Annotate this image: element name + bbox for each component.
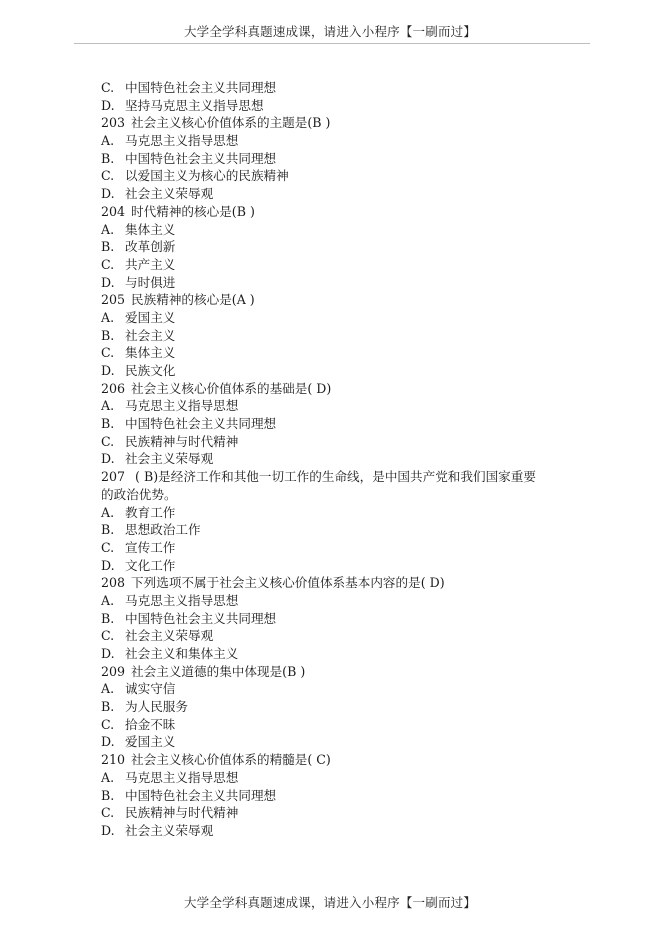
option-letter: A. (101, 769, 125, 787)
option-letter: D. (101, 362, 125, 380)
option-text: 宣传工作 (125, 540, 175, 555)
option-line: C.以爱国主义为核心的民族精神 (101, 167, 601, 185)
option-text: 社会主义荣辱观 (125, 451, 213, 466)
option-text: 马克思主义指导思想 (125, 133, 238, 148)
question-stem: 203社会主义核心价值体系的主题是(B ) (101, 114, 601, 132)
option-text: 诚实守信 (125, 681, 175, 696)
option-text: 以爱国主义为核心的民族精神 (125, 168, 289, 183)
option-line: B.为人民服务 (101, 698, 601, 716)
option-letter: B. (101, 238, 125, 256)
option-line: D.社会主义荣辱观 (101, 185, 601, 203)
question-text: 社会主义核心价值体系的基础是( D) (131, 381, 331, 396)
option-line: A.诚实守信 (101, 680, 601, 698)
question-stem-continuation: 的政治优势。 (101, 486, 601, 504)
option-text: 中国特色社会主义共同理想 (125, 151, 276, 166)
option-text: 拾金不昧 (125, 717, 175, 732)
option-letter: A. (101, 592, 125, 610)
option-letter: D. (101, 450, 125, 468)
option-letter: B. (101, 787, 125, 805)
option-letter: C. (101, 344, 125, 362)
option-text: 社会主义荣辱观 (125, 628, 213, 643)
option-line: A.马克思主义指导思想 (101, 592, 601, 610)
option-text: 中国特色社会主义共同理想 (125, 80, 276, 95)
question-number: 210 (101, 752, 125, 767)
option-text: 集体主义 (125, 345, 175, 360)
question-text: 时代精神的核心是(B ) (131, 204, 255, 219)
option-line: D.社会主义荣辱观 (101, 450, 601, 468)
question-stem: 208下列选项不属于社会主义核心价值体系基本内容的是( D) (101, 574, 601, 592)
option-line: A.马克思主义指导思想 (101, 769, 601, 787)
question-number: 203 (101, 115, 125, 130)
option-text: 社会主义 (125, 328, 175, 343)
option-text: 马克思主义指导思想 (125, 770, 238, 785)
option-letter: A. (101, 397, 125, 415)
option-letter: C. (101, 167, 125, 185)
question-text: 社会主义核心价值体系的主题是(B ) (131, 115, 330, 130)
option-text: 社会主义荣辱观 (125, 186, 213, 201)
option-line: C.民族精神与时代精神 (101, 804, 601, 822)
question-stem: 207 ( B)是经济工作和其他一切工作的生命线，是中国共产党和我们国家重要 (101, 468, 601, 486)
question-text: ( B)是经济工作和其他一切工作的生命线，是中国共产党和我们国家重要 (131, 469, 536, 484)
option-letter: D. (101, 97, 125, 115)
option-text: 中国特色社会主义共同理想 (125, 416, 276, 431)
option-text: 坚持马克思主义指导思想 (125, 98, 264, 113)
option-letter: B. (101, 698, 125, 716)
option-letter: D. (101, 645, 125, 663)
option-text: 集体主义 (125, 222, 175, 237)
question-stem: 209社会主义道德的集中体现是(B ) (101, 663, 601, 681)
option-text: 马克思主义指导思想 (125, 593, 238, 608)
option-text: 教育工作 (125, 505, 175, 520)
option-line: D.社会主义荣辱观 (101, 822, 601, 840)
option-letter: A. (101, 309, 125, 327)
option-line: A.马克思主义指导思想 (101, 397, 601, 415)
option-text: 中国特色社会主义共同理想 (125, 611, 276, 626)
question-text: 民族精神的核心是(A ) (131, 292, 255, 307)
option-text: 中国特色社会主义共同理想 (125, 788, 276, 803)
question-number: 206 (101, 381, 125, 396)
option-text: 马克思主义指导思想 (125, 398, 238, 413)
option-line: A.教育工作 (101, 504, 601, 522)
option-text: 文化工作 (125, 558, 175, 573)
option-line: D.与时俱进 (101, 274, 601, 292)
option-letter: C. (101, 627, 125, 645)
option-letter: C. (101, 716, 125, 734)
question-stem: 205民族精神的核心是(A ) (101, 291, 601, 309)
option-letter: D. (101, 274, 125, 292)
option-letter: A. (101, 221, 125, 239)
option-letter: A. (101, 680, 125, 698)
option-text: 思想政治工作 (125, 522, 201, 537)
option-line: B.中国特色社会主义共同理想 (101, 610, 601, 628)
question-list: C.中国特色社会主义共同理想 D.坚持马克思主义指导思想 203社会主义核心价值… (101, 79, 601, 840)
option-letter: A. (101, 132, 125, 150)
question-number: 205 (101, 292, 125, 307)
question-number: 208 (101, 575, 125, 590)
question-number: 209 (101, 664, 125, 679)
option-letter: C. (101, 539, 125, 557)
header-divider (74, 43, 590, 44)
option-text: 改革创新 (125, 239, 175, 254)
option-letter: B. (101, 327, 125, 345)
option-text: 为人民服务 (125, 699, 188, 714)
option-letter: C. (101, 79, 125, 97)
question-stem: 206社会主义核心价值体系的基础是( D) (101, 380, 601, 398)
option-letter: C. (101, 256, 125, 274)
question-text: 社会主义道德的集中体现是(B ) (131, 664, 305, 679)
option-line: A.马克思主义指导思想 (101, 132, 601, 150)
option-letter: B. (101, 610, 125, 628)
option-text: 爱国主义 (125, 734, 175, 749)
option-line: B.中国特色社会主义共同理想 (101, 150, 601, 168)
option-line: B.中国特色社会主义共同理想 (101, 787, 601, 805)
question-number: 204 (101, 204, 125, 219)
option-line: D.爱国主义 (101, 733, 601, 751)
option-line: A.爱国主义 (101, 309, 601, 327)
option-line: B.中国特色社会主义共同理想 (101, 415, 601, 433)
option-letter: D. (101, 733, 125, 751)
option-letter: D. (101, 557, 125, 575)
option-line: C.社会主义荣辱观 (101, 627, 601, 645)
option-line: A.集体主义 (101, 221, 601, 239)
option-line: D.坚持马克思主义指导思想 (101, 97, 601, 115)
option-letter: C. (101, 433, 125, 451)
question-stem: 210社会主义核心价值体系的精髓是( C) (101, 751, 601, 769)
option-line: C.中国特色社会主义共同理想 (101, 79, 601, 97)
option-line: C.共产主义 (101, 256, 601, 274)
option-line: C.拾金不昧 (101, 716, 601, 734)
option-letter: C. (101, 804, 125, 822)
option-text: 共产主义 (125, 257, 175, 272)
option-text: 与时俱进 (125, 275, 175, 290)
page-header: 大学全学科真题速成课，请进入小程序【一刷而过】 (0, 22, 660, 40)
option-line: B.思想政治工作 (101, 521, 601, 539)
question-text: 社会主义核心价值体系的精髓是( C) (131, 752, 331, 767)
option-line: B.改革创新 (101, 238, 601, 256)
option-text: 民族文化 (125, 363, 175, 378)
option-line: B.社会主义 (101, 327, 601, 345)
option-letter: A. (101, 504, 125, 522)
page-footer: 大学全学科真题速成课，请进入小程序【一刷而过】 (0, 893, 660, 911)
option-text: 社会主义和集体主义 (125, 646, 238, 661)
question-number: 207 (101, 469, 125, 484)
option-line: C.宣传工作 (101, 539, 601, 557)
option-letter: D. (101, 822, 125, 840)
question-text: 下列选项不属于社会主义核心价值体系基本内容的是( D) (131, 575, 445, 590)
option-line: D.民族文化 (101, 362, 601, 380)
option-letter: D. (101, 185, 125, 203)
option-letter: B. (101, 415, 125, 433)
option-line: C.集体主义 (101, 344, 601, 362)
question-stem: 204时代精神的核心是(B ) (101, 203, 601, 221)
option-letter: B. (101, 521, 125, 539)
option-line: C.民族精神与时代精神 (101, 433, 601, 451)
option-text: 社会主义荣辱观 (125, 823, 213, 838)
option-text: 民族精神与时代精神 (125, 434, 238, 449)
option-text: 爱国主义 (125, 310, 175, 325)
option-text: 民族精神与时代精神 (125, 805, 238, 820)
option-line: D.社会主义和集体主义 (101, 645, 601, 663)
option-letter: B. (101, 150, 125, 168)
option-line: D.文化工作 (101, 557, 601, 575)
